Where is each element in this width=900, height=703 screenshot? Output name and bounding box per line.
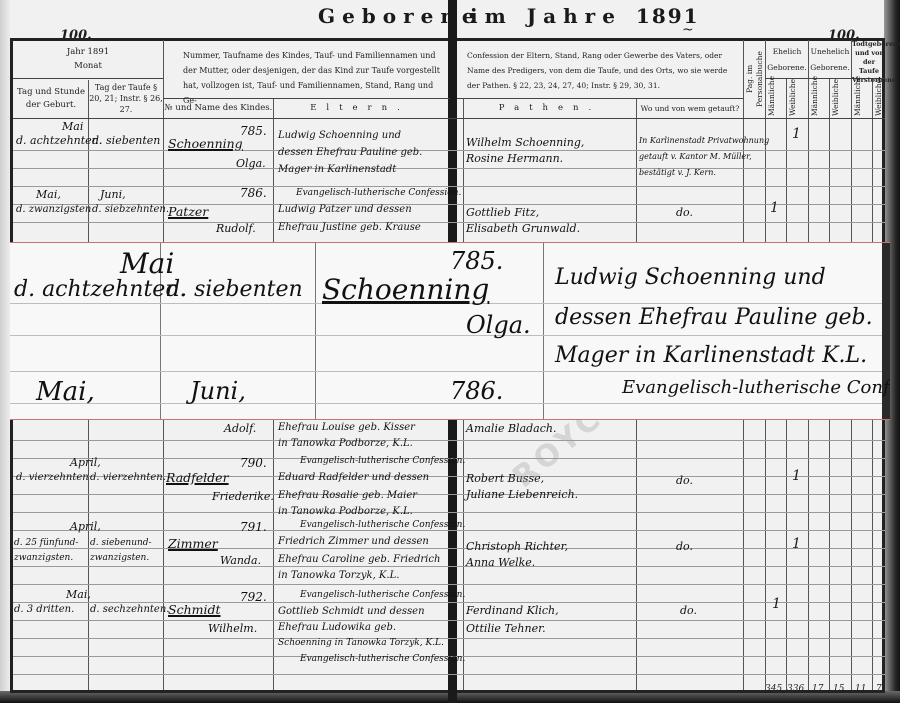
entry-given-name: Adolf.	[224, 422, 256, 435]
header-parents: Eltern.	[274, 102, 446, 115]
ruled-line	[13, 150, 885, 151]
header-month: Monat	[14, 60, 162, 73]
ruled-line	[13, 168, 885, 169]
entry-month: Mai,	[66, 588, 91, 601]
ruled-line	[13, 440, 885, 441]
overlay-birth: d. achtzehnten.	[14, 277, 187, 302]
entry-given-name: Wanda.	[220, 554, 261, 567]
overlay-parents-line: dessen Ehefrau Pauline geb.	[555, 305, 873, 330]
entry-parents-line: Mager in Karlinenstadt	[278, 164, 396, 175]
entry-given-name: Rudolf.	[216, 222, 256, 235]
entry-parents-line: Schoenning in Tanowka Torzyk, K.L.	[278, 638, 444, 648]
header-birth-day-hour: Tag und Stunde der Geburt.	[14, 86, 88, 112]
tally-legit-female: 1	[792, 468, 801, 484]
overlay-parents-line: Ludwig Schoenning und	[555, 265, 826, 290]
entry-godparent: Ferdinand Klich,	[466, 604, 559, 617]
ruled-line	[13, 620, 885, 621]
entry-baptism: d. vierzehnten.	[90, 472, 166, 483]
entry-parents-line: Ludwig Patzer und dessen	[278, 204, 412, 215]
tally-legit-male: 1	[772, 596, 781, 612]
entry-godparent: Wilhelm Schoenning,	[466, 136, 584, 149]
overlay-parents-line: Evangelisch-lutherische Confession.	[622, 377, 890, 398]
entry-parents-line: in Tanowka Podborze, K.L.	[278, 438, 413, 449]
entry-parents-line: Evangelisch-lutherische Confession.	[300, 654, 465, 664]
header-confession: Confession der Eltern, Stand, Rang oder …	[467, 48, 739, 93]
entry-where-baptized: do.	[676, 540, 693, 553]
entry-given-name: Friederike.	[212, 490, 274, 503]
entry-birth: d. 25 fünfund- zwanzigsten.	[14, 536, 88, 566]
entry-parents-line: Ehefrau Rosalie geb. Maier	[278, 490, 417, 501]
ruled-line	[13, 222, 885, 223]
entry-month: Mai	[62, 120, 83, 133]
header-legitimate: Ehelich Geborene.	[766, 44, 808, 76]
overlay-surname: Schoenning	[322, 273, 489, 306]
ruled-line	[13, 566, 885, 567]
ruled-line	[13, 602, 885, 603]
entry-godparent: Christoph Richter,	[466, 540, 568, 553]
entry-parents-line: Evangelisch-lutherische Confession.	[296, 188, 461, 198]
entry-parents-line: Ehefrau Ludowika geb.	[278, 622, 396, 633]
entry-where-baptized: do.	[676, 474, 693, 487]
ruled-line	[13, 674, 885, 675]
header-child-parents: Nummer, Taufname des Kindes, Tauf- und F…	[183, 48, 445, 108]
header-baptism-day: Tag der Taufe § 20, 21; Instr. § 26, 27.	[89, 82, 163, 115]
header-female: Weibliche	[788, 80, 806, 116]
header-bottom-rule	[13, 118, 885, 119]
header-illegitimate: Unehelich Geborene.	[809, 44, 851, 76]
entry-baptism: d. siebenten	[92, 134, 160, 147]
entry-parents-line: Evangelisch-lutherische Confession.	[300, 520, 465, 530]
ruled-line	[13, 494, 885, 495]
entry-number: 786.	[240, 186, 267, 200]
ruled-line	[13, 512, 885, 513]
page-edge-left	[0, 0, 10, 703]
entry-where-baptized: do.	[676, 206, 693, 219]
header-male: Männliche	[853, 80, 871, 116]
magnified-entry-overlay: Mai d. achtzehnten. d. siebenten 785. Sc…	[10, 242, 890, 420]
entry-surname: Zimmer	[168, 536, 218, 551]
ruled-line	[13, 584, 885, 585]
total-stillborn-female: 7	[876, 684, 882, 694]
entry-parents-line: Ehefrau Caroline geb. Friedrich	[278, 554, 440, 565]
entry-parents-line: in Tanowka Podborze, K.L.	[278, 506, 413, 517]
entry-surname: Schoenning	[168, 136, 243, 151]
entry-birth: d. 3 dritten.	[14, 604, 74, 615]
entry-parents-line: Evangelisch-lutherische Confession.	[300, 590, 465, 600]
header-child-number-name: № und Name des Kindes.	[164, 102, 273, 115]
entry-where-baptized: In Karlinenstadt Privatwohnung	[639, 136, 769, 145]
header-male: Männliche	[767, 80, 785, 116]
entry-month: April,	[70, 456, 101, 469]
entry-baptism: d. sechzehnten.	[90, 604, 169, 615]
total-legit-female: 336	[787, 684, 804, 694]
overlay-number: 785.	[450, 247, 503, 275]
header-in-year-label: im Jahre	[470, 4, 622, 28]
entry-number: 792.	[240, 590, 267, 604]
entry-godparent: Ottilie Tehner.	[466, 622, 546, 635]
overlay-next-month: Mai,	[36, 377, 95, 407]
entry-baptism: d. siebenund- zwanzigsten.	[90, 536, 164, 566]
entry-godparent: Anna Welke.	[466, 556, 535, 569]
ruled-line	[13, 186, 885, 187]
col-divider	[543, 243, 544, 420]
header-page-personal-book: Pag. im Personalbuche	[745, 42, 763, 116]
entry-given-name: Olga.	[236, 157, 266, 170]
register-page: Geborene im Jahre 1891 100. 100. ~ Jah	[0, 0, 900, 703]
entry-parents-line: Ludwig Schoenning und	[278, 130, 401, 141]
total-illegit-male: 17	[812, 684, 823, 694]
entry-parents-line: Evangelisch-lutherische Confession.	[300, 456, 465, 466]
entry-godparent: Elisabeth Grunwald.	[466, 222, 580, 235]
header-year: Jahr 1891	[14, 46, 162, 59]
entry-birth: d. achtzehnten.	[16, 134, 102, 147]
header-title-right: im Jahre 1891	[470, 4, 700, 28]
ruled-line	[10, 371, 890, 372]
entry-given-name: Wilhelm.	[208, 622, 257, 635]
entry-number: 785.	[240, 124, 267, 138]
header-title-left: Geborene	[318, 4, 482, 28]
tally-legit-female: 1	[792, 126, 801, 142]
entry-parents-line: Friedrich Zimmer und dessen	[278, 536, 429, 547]
entry-birth: d. vierzehnten	[16, 472, 89, 483]
entry-parents-line: Eduard Radfelder und dessen	[278, 472, 429, 483]
total-legit-male: 345	[765, 684, 782, 694]
entry-parents-line: Ehefrau Justine geb. Krause	[278, 222, 421, 233]
header-where-baptized: Wo und von wem getauft?	[637, 102, 743, 115]
pencil-mark: ~	[682, 22, 694, 38]
entry-godparent: Gottlieb Fitz,	[466, 206, 539, 219]
header-godparents: Pathen.	[464, 102, 636, 115]
col-divider	[315, 243, 316, 420]
overlay-parents-line: Mager in Karlinenstadt K.L.	[555, 343, 867, 368]
entry-surname: Schmidt	[168, 602, 221, 617]
ruled-line	[10, 335, 890, 336]
entry-godparent: Juliane Liebenreich.	[466, 488, 578, 501]
entry-where-baptized: getauft v. Kantor M. Müller,	[639, 152, 752, 161]
entry-parents-line: dessen Ehefrau Pauline geb.	[278, 147, 422, 158]
header-female: Weibliche	[831, 80, 849, 116]
entry-where-baptized: bestätigt v. J. Kern.	[639, 168, 716, 177]
tally-legit-female: 1	[792, 536, 801, 552]
entry-parents-line: Ehefrau Louise geb. Kisser	[278, 422, 415, 433]
header-male: Männliche	[810, 80, 828, 116]
entry-surname: Radfelder	[166, 470, 229, 485]
overlay-baptism: d. siebenten	[166, 277, 303, 302]
tally-legit-male: 1	[770, 200, 779, 216]
ruled-line	[13, 638, 885, 639]
entry-baptism-month: Juni,	[100, 188, 126, 201]
header-rule	[13, 78, 163, 79]
entry-number: 790.	[240, 456, 267, 470]
entry-parents-line: in Tanowka Torzyk, K.L.	[278, 570, 399, 581]
entry-parents-line: Gottlieb Schmidt und dessen	[278, 606, 425, 617]
overlay-next-baptism-month: Juni,	[190, 377, 246, 405]
entry-godparent: Amalie Bladach.	[466, 422, 556, 435]
overlay-month: Mai	[120, 247, 174, 280]
overlay-next-number: 786.	[450, 377, 503, 405]
entry-month: Mai,	[36, 188, 61, 201]
overlay-given-name: Olga.	[466, 311, 531, 339]
ruled-line	[13, 530, 885, 531]
header-female: Weibliche	[874, 80, 886, 116]
entry-godparent: Rosine Hermann.	[466, 152, 563, 165]
total-illegit-female: 15	[833, 684, 844, 694]
entry-birth: d. zwanzigsten	[16, 204, 91, 215]
entry-month: April,	[70, 520, 101, 533]
entry-number: 791.	[240, 520, 267, 534]
entry-baptism: d. siebzehnten.	[92, 204, 169, 215]
entry-where-baptized: do.	[680, 604, 697, 617]
header-rule	[457, 98, 743, 99]
total-stillborn-male: 11	[855, 684, 866, 694]
entry-surname: Patzer	[168, 204, 208, 219]
